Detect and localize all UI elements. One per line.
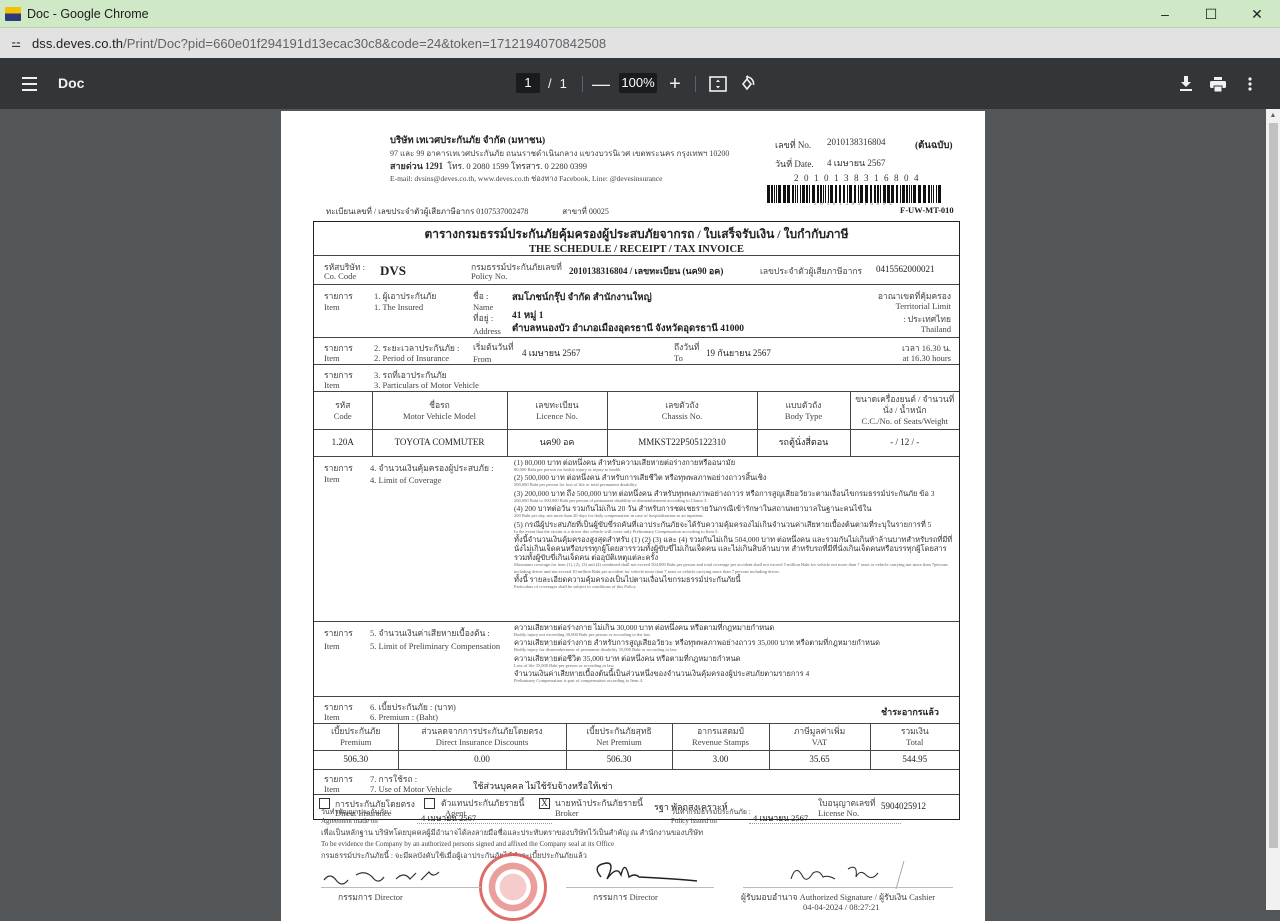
print-timestamp: 04-04-2024 / 08:27:21 bbox=[803, 902, 880, 910]
coverage-line-en: Maximum coverage for item (1), (2), (3) … bbox=[514, 562, 954, 575]
column-header: ส่วนลดจากการประกันภัยโดยตรงDirect Insura… bbox=[398, 724, 566, 751]
table-row: 506.300.00506.303.0035.65544.95 bbox=[314, 750, 959, 769]
table-cell: 506.30 bbox=[314, 750, 398, 769]
toolbar-divider bbox=[582, 76, 583, 92]
doc-date-value: 4 เมษายน 2567 bbox=[827, 156, 885, 170]
table-cell: 3.00 bbox=[672, 750, 769, 769]
column-header: รหัสCode bbox=[314, 392, 372, 430]
form-code: F-UW-MT-010 bbox=[900, 205, 954, 215]
coverage-line: (4) 200 บาทต่อวัน รวมกันไม่เกิน 20 วัน ส… bbox=[514, 504, 954, 513]
column-header: เบี้ยประกันภัยสุทธิNet Premium bbox=[566, 724, 672, 751]
company-phone: สายด่วน 1291 โทร. 0 2080 1599 โทรสาร. 0 … bbox=[390, 159, 587, 173]
more-vert-icon[interactable] bbox=[1237, 71, 1263, 97]
pdf-page: บริษัท เทเวศประกันภัย จำกัด (มหาชน) 97 แ… bbox=[281, 111, 985, 910]
window-title: Doc - Google Chrome bbox=[27, 7, 149, 21]
table-cell: TOYOTA COMMUTER bbox=[372, 430, 507, 456]
table-cell: - / 12 / - bbox=[850, 430, 959, 456]
total-pages: 1 bbox=[560, 76, 567, 91]
zoom-out-button[interactable]: — bbox=[588, 71, 614, 97]
preliminary-details: ความเสียหายต่อร่างกาย ไม่เกิน 30,000 บาท… bbox=[514, 623, 954, 685]
maximize-button[interactable]: ☐ bbox=[1188, 0, 1234, 28]
doc-no-label: เลขที่ No. bbox=[775, 138, 811, 152]
policy-no-value: 2010138316804 / เลขทะเบียน (นค90 อค) bbox=[569, 264, 723, 278]
director-signature-2 bbox=[589, 857, 709, 889]
column-header: ชื่อรถMotor Vehicle Model bbox=[372, 392, 507, 430]
column-header: ภาษีมูลค่าเพิ่มVAT bbox=[769, 724, 870, 751]
co-code-row: รหัสบริษัท : Co. Code DVS กรมธรรม์ประกัน… bbox=[314, 256, 959, 285]
coverage-line-en: Particulars of coverages shall be subjec… bbox=[514, 584, 954, 591]
premium-title-row: รายการ Item 6. เบี้ยประกันภัย : (บาท) 6.… bbox=[314, 697, 959, 724]
table-cell: นค90 อค bbox=[507, 430, 607, 456]
scroll-up-icon[interactable]: ▲ bbox=[1266, 109, 1280, 123]
fit-page-icon[interactable] bbox=[705, 71, 731, 97]
coverage-line: ทั้งนี้จำนวนเงินคุ้มครองสูงสุดสำหรับ (1)… bbox=[514, 535, 954, 562]
barcode-text: 2010138316804 bbox=[794, 173, 924, 183]
address-bar[interactable]: ⚍ dss.deves.co.th/Print/Doc?pid=660e01f2… bbox=[0, 28, 1280, 58]
app-favicon-icon bbox=[5, 7, 21, 21]
insured-address-2: ตำบลหนองบัว อำเภอเมืองอุดรธานี จังหวัดอุ… bbox=[512, 321, 744, 336]
table-cell: 544.95 bbox=[870, 750, 959, 769]
window-titlebar: Doc - Google Chrome – ☐ ✕ bbox=[0, 0, 1280, 28]
vehicle-title-row: รายการ Item 3. รถที่เอาประกันภัย 3. Part… bbox=[314, 365, 959, 392]
schedule-table: ตารางกรมธรรม์ประกันภัยคุ้มครองผู้ประสบภั… bbox=[313, 221, 960, 820]
broker-checkbox: X bbox=[539, 798, 550, 809]
page-control: 1 / 1 bbox=[516, 73, 567, 93]
column-header: เลขตัวถังChassis No. bbox=[607, 392, 757, 430]
insured-row: รายการ Item 1. ผู้เอาประกันภัย 1. The In… bbox=[314, 285, 959, 338]
coverage-line: จำนวนเงินค่าเสียหายเบื้องต้นนี้เป็นส่วนห… bbox=[514, 669, 954, 678]
agent-checkbox bbox=[424, 798, 435, 809]
coverage-line: ทั้งนี้ รายละเอียดความคุ้มครองเป็นไปตามเ… bbox=[514, 575, 954, 584]
table-cell: MMKST22P505122310 bbox=[607, 430, 757, 456]
close-button[interactable]: ✕ bbox=[1234, 0, 1280, 28]
coverage-row: รายการ Item 4. จำนวนเงินคุ้มครองผู้ประสบ… bbox=[314, 457, 959, 622]
rotate-icon[interactable] bbox=[734, 71, 760, 97]
site-info-icon[interactable]: ⚍ bbox=[6, 33, 26, 53]
vertical-scrollbar[interactable]: ▲ bbox=[1266, 109, 1280, 910]
insured-name: สมโภชน์กรุ๊ป จำกัด สำนักงานใหญ่ bbox=[512, 290, 652, 305]
premium-table: เบี้ยประกันภัยPremiumส่วนลดจากการประกันภ… bbox=[314, 724, 959, 771]
pdf-toolbar: Doc 1 / 1 — 100% + bbox=[0, 58, 1280, 109]
channel-row: การประกันภัยโดยตรง Direct Insurance ตัวแ… bbox=[314, 795, 959, 819]
print-icon[interactable] bbox=[1205, 71, 1231, 97]
column-header: แบบตัวถังBody Type bbox=[757, 392, 850, 430]
table-cell: 35.65 bbox=[769, 750, 870, 769]
page-separator: / bbox=[548, 76, 552, 91]
column-header: เบี้ยประกันภัยPremium bbox=[314, 724, 398, 751]
cashier-signature bbox=[786, 859, 916, 889]
coverage-line: ความเสียหายต่อชีวิต 35,000 บาท ต่อหนึ่งค… bbox=[514, 654, 954, 663]
minimize-button[interactable]: – bbox=[1142, 0, 1188, 28]
co-code-value: DVS bbox=[380, 263, 406, 279]
table-cell: รถตู้นั่งสี่ตอน bbox=[757, 430, 850, 456]
zoom-in-button[interactable]: + bbox=[662, 71, 688, 97]
coverage-details: (1) 80,000 บาท ต่อหนึ่งคน สำหรับความเสีย… bbox=[514, 458, 954, 591]
table-row: 1.20ATOYOTA COMMUTERนค90 อคMMKST22P50512… bbox=[314, 430, 959, 456]
menu-icon[interactable] bbox=[17, 72, 41, 96]
stamp-paid-label: ชำระอากรแล้ว bbox=[881, 705, 939, 719]
doc-title: Doc bbox=[58, 75, 84, 91]
doc-no-value: 2010138316804 bbox=[827, 137, 886, 147]
period-row: รายการ Item 2. ระยะเวลาประกันภัย : 2. Pe… bbox=[314, 338, 959, 365]
coverage-line: ความเสียหายต่อร่างกาย ไม่เกิน 30,000 บาท… bbox=[514, 623, 954, 632]
coverage-line: (5) กรณีผู้ประสบภัยที่เป็นผู้ขับขี่รถคัน… bbox=[514, 520, 954, 529]
column-header: อากรแสตมป์Revenue Stamps bbox=[672, 724, 769, 751]
barcode-caption: 2010138316804 bbox=[814, 201, 895, 207]
director-label-2: กรรมการ Director bbox=[593, 890, 658, 904]
schedule-title: ตารางกรมธรรม์ประกันภัยคุ้มครองผู้ประสบภั… bbox=[314, 222, 959, 256]
toolbar-divider bbox=[695, 76, 696, 92]
use-row: รายการ Item 7. การใช้รถ : 7. Use of Moto… bbox=[314, 770, 959, 795]
license-number: 5904025912 bbox=[881, 801, 926, 811]
period-from: 4 เมษายน 2567 bbox=[522, 346, 580, 360]
insured-tax-id: 0415562000021 bbox=[876, 264, 935, 274]
company-name: บริษัท เทเวศประกันภัย จำกัด (มหาชน) bbox=[390, 133, 545, 148]
zoom-level-input[interactable]: 100% bbox=[619, 73, 657, 93]
download-icon[interactable] bbox=[1173, 71, 1199, 97]
url-field[interactable]: dss.deves.co.th/Print/Doc?pid=660e01f294… bbox=[32, 36, 606, 51]
original-label: (ต้นฉบับ) bbox=[915, 138, 953, 153]
coverage-line-en: Preliminary Compensation is part of comp… bbox=[514, 678, 954, 685]
table-cell: 506.30 bbox=[566, 750, 672, 769]
scrollbar-thumb[interactable] bbox=[1269, 123, 1278, 848]
coverage-line: (1) 80,000 บาท ต่อหนึ่งคน สำหรับความเสีย… bbox=[514, 458, 954, 467]
director-label-1: กรรมการ Director bbox=[338, 890, 403, 904]
coverage-line: ความเสียหายต่อร่างกาย สำหรับการสูญเสียอว… bbox=[514, 638, 954, 647]
column-header: เลขทะเบียนLicence No. bbox=[507, 392, 607, 430]
director-signature-1 bbox=[321, 865, 471, 887]
company-contact: E-mail: dvsins@deves.co.th, www.deves.co… bbox=[390, 173, 662, 185]
table-cell: 1.20A bbox=[314, 430, 372, 456]
column-header: รวมเงินTotal bbox=[870, 724, 959, 751]
column-header: ขนาดเครื่องยนต์ / จำนวนที่นั่ง / น้ำหนัก… bbox=[850, 392, 959, 430]
page-number-input[interactable]: 1 bbox=[516, 73, 540, 93]
period-to: 19 กันยายน 2567 bbox=[706, 346, 771, 360]
coverage-line: (3) 200,000 บาท ถึง 500,000 บาท ต่อหนึ่ง… bbox=[514, 489, 954, 498]
coverage-line: (2) 500,000 บาท ต่อหนึ่งคน สำหรับการเสีย… bbox=[514, 473, 954, 482]
table-cell: 0.00 bbox=[398, 750, 566, 769]
use-value: ใช้ส่วนบุคคล ไม่ใช้รับจ้างหรือให้เช่า bbox=[473, 779, 613, 793]
preliminary-row: รายการ Item 5. จำนวนเงินค่าเสียหายเบื้อง… bbox=[314, 622, 959, 697]
doc-date-label: วันที่ Date. bbox=[775, 157, 814, 171]
vehicle-table: รหัสCodeชื่อรถMotor Vehicle Modelเลขทะเบ… bbox=[314, 392, 959, 457]
company-tax-id: ทะเบียนเลขที่ / เลขประจำตัวผู้เสียภาษีอา… bbox=[326, 205, 609, 218]
